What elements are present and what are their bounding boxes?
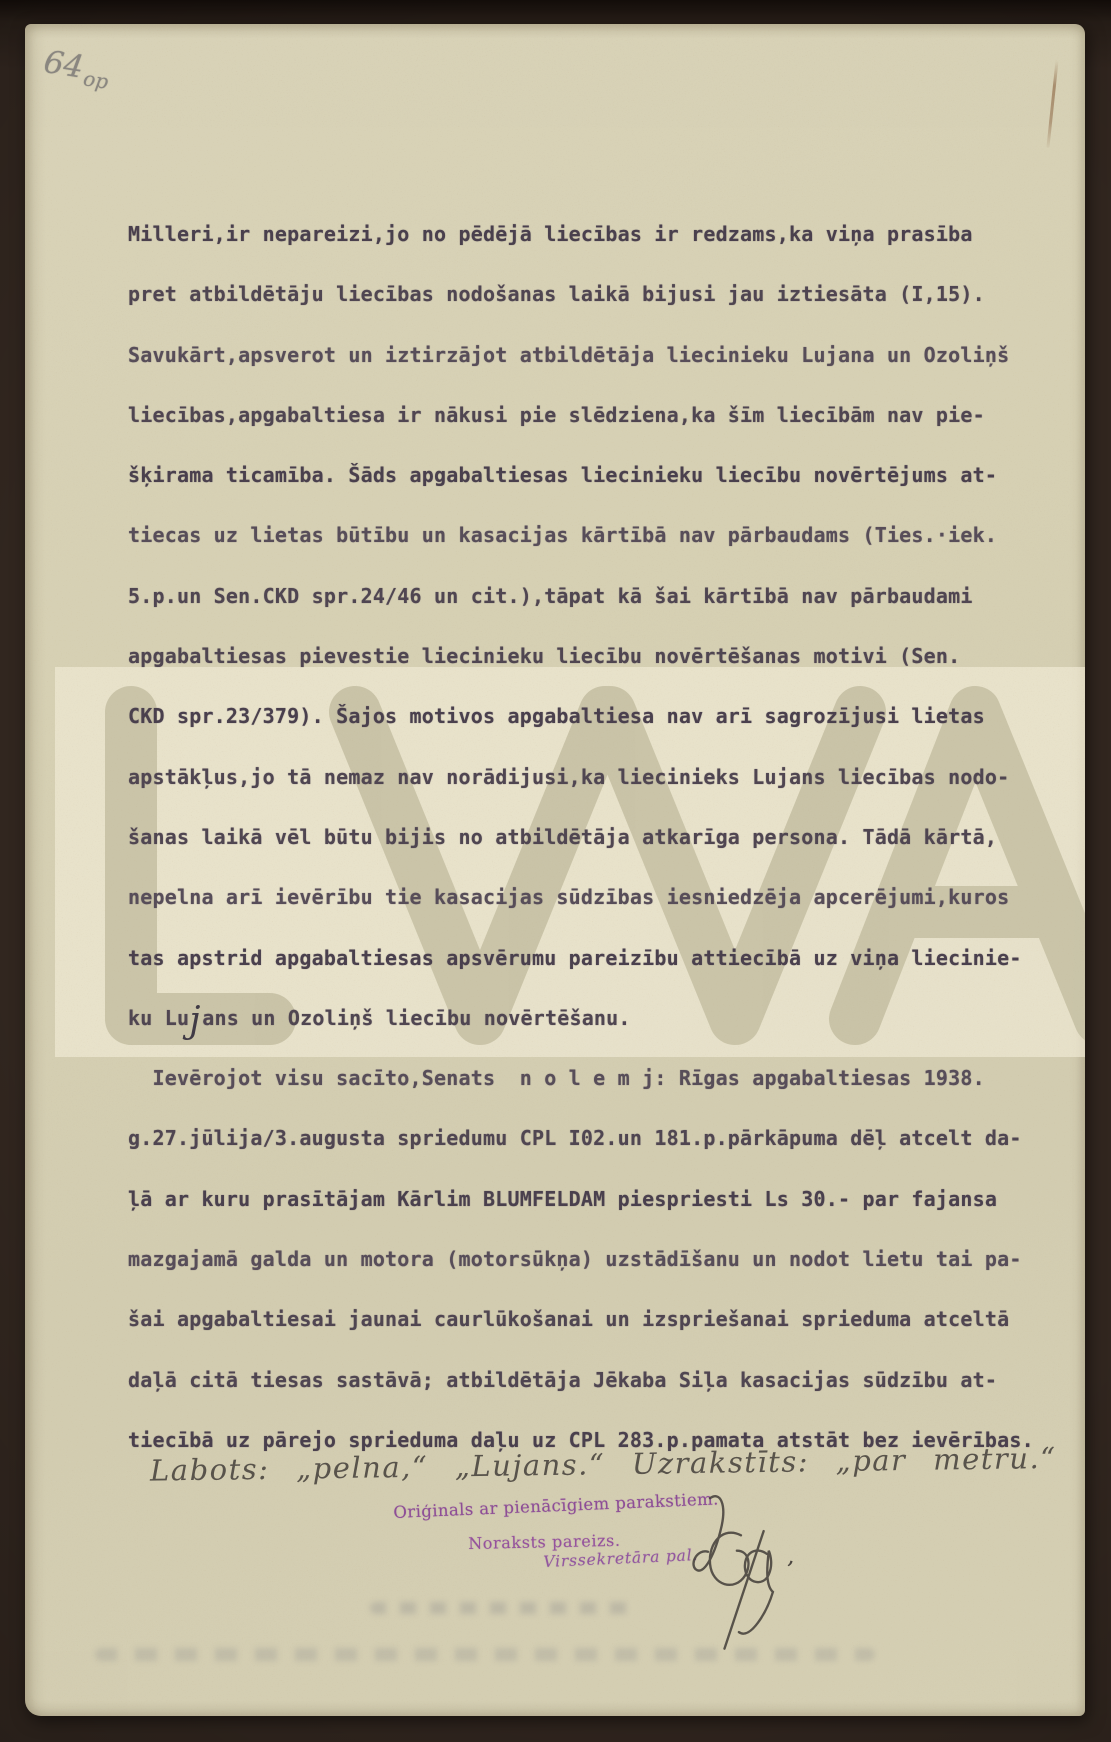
typed-line: ļā ar kuru prasītājam Kārlim BLUMFELDAM … (128, 1169, 1068, 1229)
signature-handwritten (675, 1492, 775, 1666)
typed-line: g.27.jūlija/3.augusta spriedumu CPL I02.… (128, 1108, 1068, 1168)
pencil-folio-number: 64 (41, 44, 86, 86)
typed-line: apstākļus,jo tā nemaz nav norādijusi,ka … (128, 747, 1068, 807)
typed-line: 5.p.un Sen.CKD spr.24/46 un cit.),tāpat … (128, 566, 1068, 626)
typed-line: apgabaltiesas pievestie liecinieku liecī… (128, 626, 1068, 686)
typed-line: daļā citā tiesas sastāvā; atbildētāja Jē… (128, 1350, 1068, 1410)
document-sheet: Milleri,ir nepareizi,jo no pēdējā liecīb… (25, 24, 1085, 1716)
signature-apostrophe-mark: ’ (782, 1556, 795, 1585)
typed-line: šai apgabaltiesai jaunai caurlūkošanai u… (128, 1289, 1068, 1349)
signature-stroke-loop (694, 1496, 724, 1570)
paper-crease-mark (1046, 60, 1058, 148)
typed-text-block: Milleri,ir nepareizi,jo no pēdējā liecīb… (128, 204, 1068, 1470)
pencil-folio-suffix: op (82, 66, 110, 94)
stamp-original-signatures: Oriģinals ar pienācīgiem parakstiem. (393, 1489, 719, 1522)
typed-line: šķirama ticamība. Šāds apgabaltiesas lie… (128, 445, 1068, 505)
typed-line: Ievērojot visu sacīto,Senats n o l e m j… (128, 1048, 1068, 1108)
typed-line: CKD spr.23/379). Šajos motivos apgabalti… (128, 686, 1068, 746)
pencil-folio-note: 64op (41, 44, 112, 90)
typed-line: liecības,apgabaltiesa ir nākusi pie slēd… (128, 385, 1068, 445)
signature-stroke-slash (724, 1531, 763, 1648)
ink-bleedthrough-lower (95, 1648, 875, 1661)
typed-line: tas apstrid apgabaltiesas apsvērumu pare… (128, 928, 1068, 988)
typed-line: šanas laikā vēl būtu bijis no atbildētāj… (128, 807, 1068, 867)
ink-bleedthrough-upper (370, 1602, 640, 1614)
signature-stroke-g (710, 1533, 749, 1585)
typed-line: pret atbildētāju liecības nodošanas laik… (128, 264, 1068, 324)
typed-line: Savukārt,apsverot un iztirzājot atbildēt… (128, 325, 1068, 385)
typed-line: Milleri,ir nepareizi,jo no pēdējā liecīb… (128, 204, 1068, 264)
typed-line: mazgajamā galda un motora (motorsūkņa) u… (128, 1229, 1068, 1289)
typed-line: nepelna arī ievērību tie kasacijas sūdzī… (128, 867, 1068, 927)
typed-line: tiecas uz lietas būtību un kasacijas kār… (128, 505, 1068, 565)
typed-line: ku Lujans un Ozoliņš liecību novērtēšanu… (128, 988, 1068, 1048)
